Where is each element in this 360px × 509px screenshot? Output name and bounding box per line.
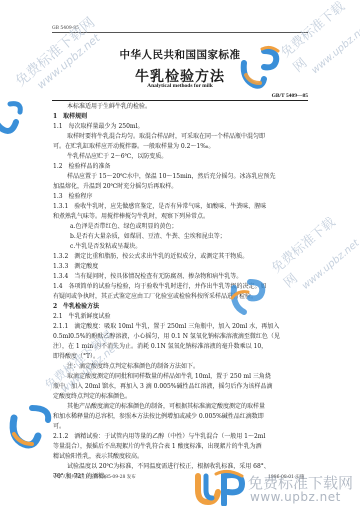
section-heading: 1.3 检验程序: [53, 192, 309, 202]
paragraph-line: 本标准适用于生鲜牛乳的检验。: [53, 102, 309, 112]
paragraph-line: 试验温度以 20℃为标准，不同温度需进行校正，根据收乳标准，采用 68°、: [53, 462, 309, 472]
list-item: b.是否有大量杂质，如煤屑、豆渣、牛粪、尘埃和昆虫等；: [53, 232, 309, 242]
paragraph-line: 2.1.1 滴定酸度：吸取 10ml 牛乳，置于 250ml 三角瓶中，加入 2…: [53, 322, 309, 332]
section-heading: 2.1 牛乳新鲜度试验: [53, 312, 309, 322]
watermark-url: www.upbz.net: [250, 490, 341, 504]
paragraph-line: 和加水稀释量的总容积，参照本方法按比例增加或减少 0.005%碱性品红滴数即: [53, 412, 309, 422]
up-logo-icon: [6, 404, 54, 456]
paragraph-line: 可。: [53, 422, 309, 432]
list-item: c.牛乳是否发粘或呈凝块。: [53, 242, 309, 252]
document-title-english: Analytical methods for milk: [0, 83, 360, 89]
section-heading: 1.3.3 测定酸度: [53, 262, 309, 272]
paragraph-line: 有疑问或争执时，其正式鉴定应由工厂化验室或检验科按所采样品进行检验。: [53, 292, 309, 302]
paragraph-line: 其他产品酸度滴定的标准颜色的制备，可根据其标准滴定酸度测定的取样量: [53, 402, 309, 412]
note-line: 注：滴定酸度终点判定标准颜色的制备方法如下。: [53, 362, 309, 372]
paragraph-line: 精试验阳性乳，表示其酸度较高。: [53, 452, 309, 462]
header-rule: [52, 32, 308, 33]
paragraph-line: 1.3.4 当有疑问时，按具体情况检查有无防腐剂、掺杂物和病牛乳等。: [53, 272, 309, 282]
document-page: GB 5409-85 中华人民共和国国家标准 牛乳检验方法 Analytical…: [0, 0, 360, 509]
paragraph-line: 1.1 每次取样量最少为 250ml。: [53, 122, 309, 132]
paragraph-line: 样品应置于 15～20℃水中，保温 10～15min，然后充分摇匀。冰冻乳应预先: [53, 172, 309, 182]
paragraph-line: 和煮熟乳气味等。用搅拌棒搅匀牛乳时，观察下列异常点。: [53, 212, 309, 222]
paragraph-line: 定酸度终点判定的标准颜色。: [53, 392, 309, 402]
paragraph-line: 可。在贮乳缸取样应开动搅拌器。一般取样量为 0.2～1‰。: [53, 142, 309, 152]
issued-date: 中华人民共和国卫生部 1985-09-28 发布: [53, 474, 136, 480]
body-rule: [52, 100, 308, 101]
paragraph-line: 加温熔化，升温到 20℃时充分摇匀后再取样。: [53, 182, 309, 192]
watermark-site-name: 免费标准下载网: [276, 0, 360, 76]
paragraph-line: 1.3.1 验收牛乳时，应先做感官鉴定，是否有异常气味，如酸味、牛粪味、腥味: [53, 202, 309, 212]
national-standard-title: 中华人民共和国国家标准: [0, 47, 360, 62]
paragraph-line: 注），在 1 min 内不消失为止。消耗 0.1N 氢氧化钠标准溶液的毫升数乘以…: [53, 342, 309, 352]
paragraph-line: 1.3.2 测定比重和脂肪，按公式求出牛乳的近似成分，或测定其干物质。: [53, 252, 309, 262]
paragraph-line: 牛乳样品应贮于 2～6℃，以防变质。: [53, 152, 309, 162]
up-logo-icon: [0, 96, 24, 140]
paragraph-line: 取样时要将牛乳混合均匀。取混合样品时，可采取在同一个样品瓶中混匀即: [53, 132, 309, 142]
effective-date: 1986-08-01 实施: [268, 474, 304, 480]
header-standard-code: GB 5409-85: [52, 26, 79, 31]
watermark-url: www.upbz.net: [300, 235, 360, 292]
document-body: 本标准适用于生鲜牛乳的检验。 1 取样规则 1.1 每次取样量最少为 250ml…: [53, 102, 309, 482]
paragraph-line: 取滴定酸度测定的同批和同样数量的样品如牛乳 10ml，置于 250 ml 三角烧: [53, 372, 309, 382]
paragraph-line: 0.5ml0.5%的酚酞乙醇溶液，小心摇匀，用 0.1 N 氢氧化钠标准溶液滴至…: [53, 332, 309, 342]
paragraph-line: 1.4 各项简单的试验与检验，均于验收牛乳时进行，并作出牛乳等级的决定。如: [53, 282, 309, 292]
standard-number: GB/T 5409—85: [272, 93, 308, 99]
paragraph-line: 即得酸度（°T）。: [53, 352, 309, 362]
list-item: a.色泽是否带红色、绿色或明显的黄色；: [53, 222, 309, 232]
section-heading: 2 牛乳检验方法: [53, 302, 309, 312]
paragraph-line: 瓶中，加入 20ml 馏水，再加入 3 滴 0.005%碱性品红溶液，摇匀后作为…: [53, 382, 309, 392]
paragraph-line: 等量混合），振摇后不出现絮片的牛乳符合表 1 酸度标准，出现絮片的牛乳为酒: [53, 442, 309, 452]
section-heading: 1.2 检验样品的准备: [53, 162, 309, 172]
section-heading: 1 取样规则: [53, 112, 309, 122]
paragraph-line: 2.1.2 酒精试验：于试管内用等量的乙醇（中性）与牛乳混合（一般用 1～2ml: [53, 432, 309, 442]
